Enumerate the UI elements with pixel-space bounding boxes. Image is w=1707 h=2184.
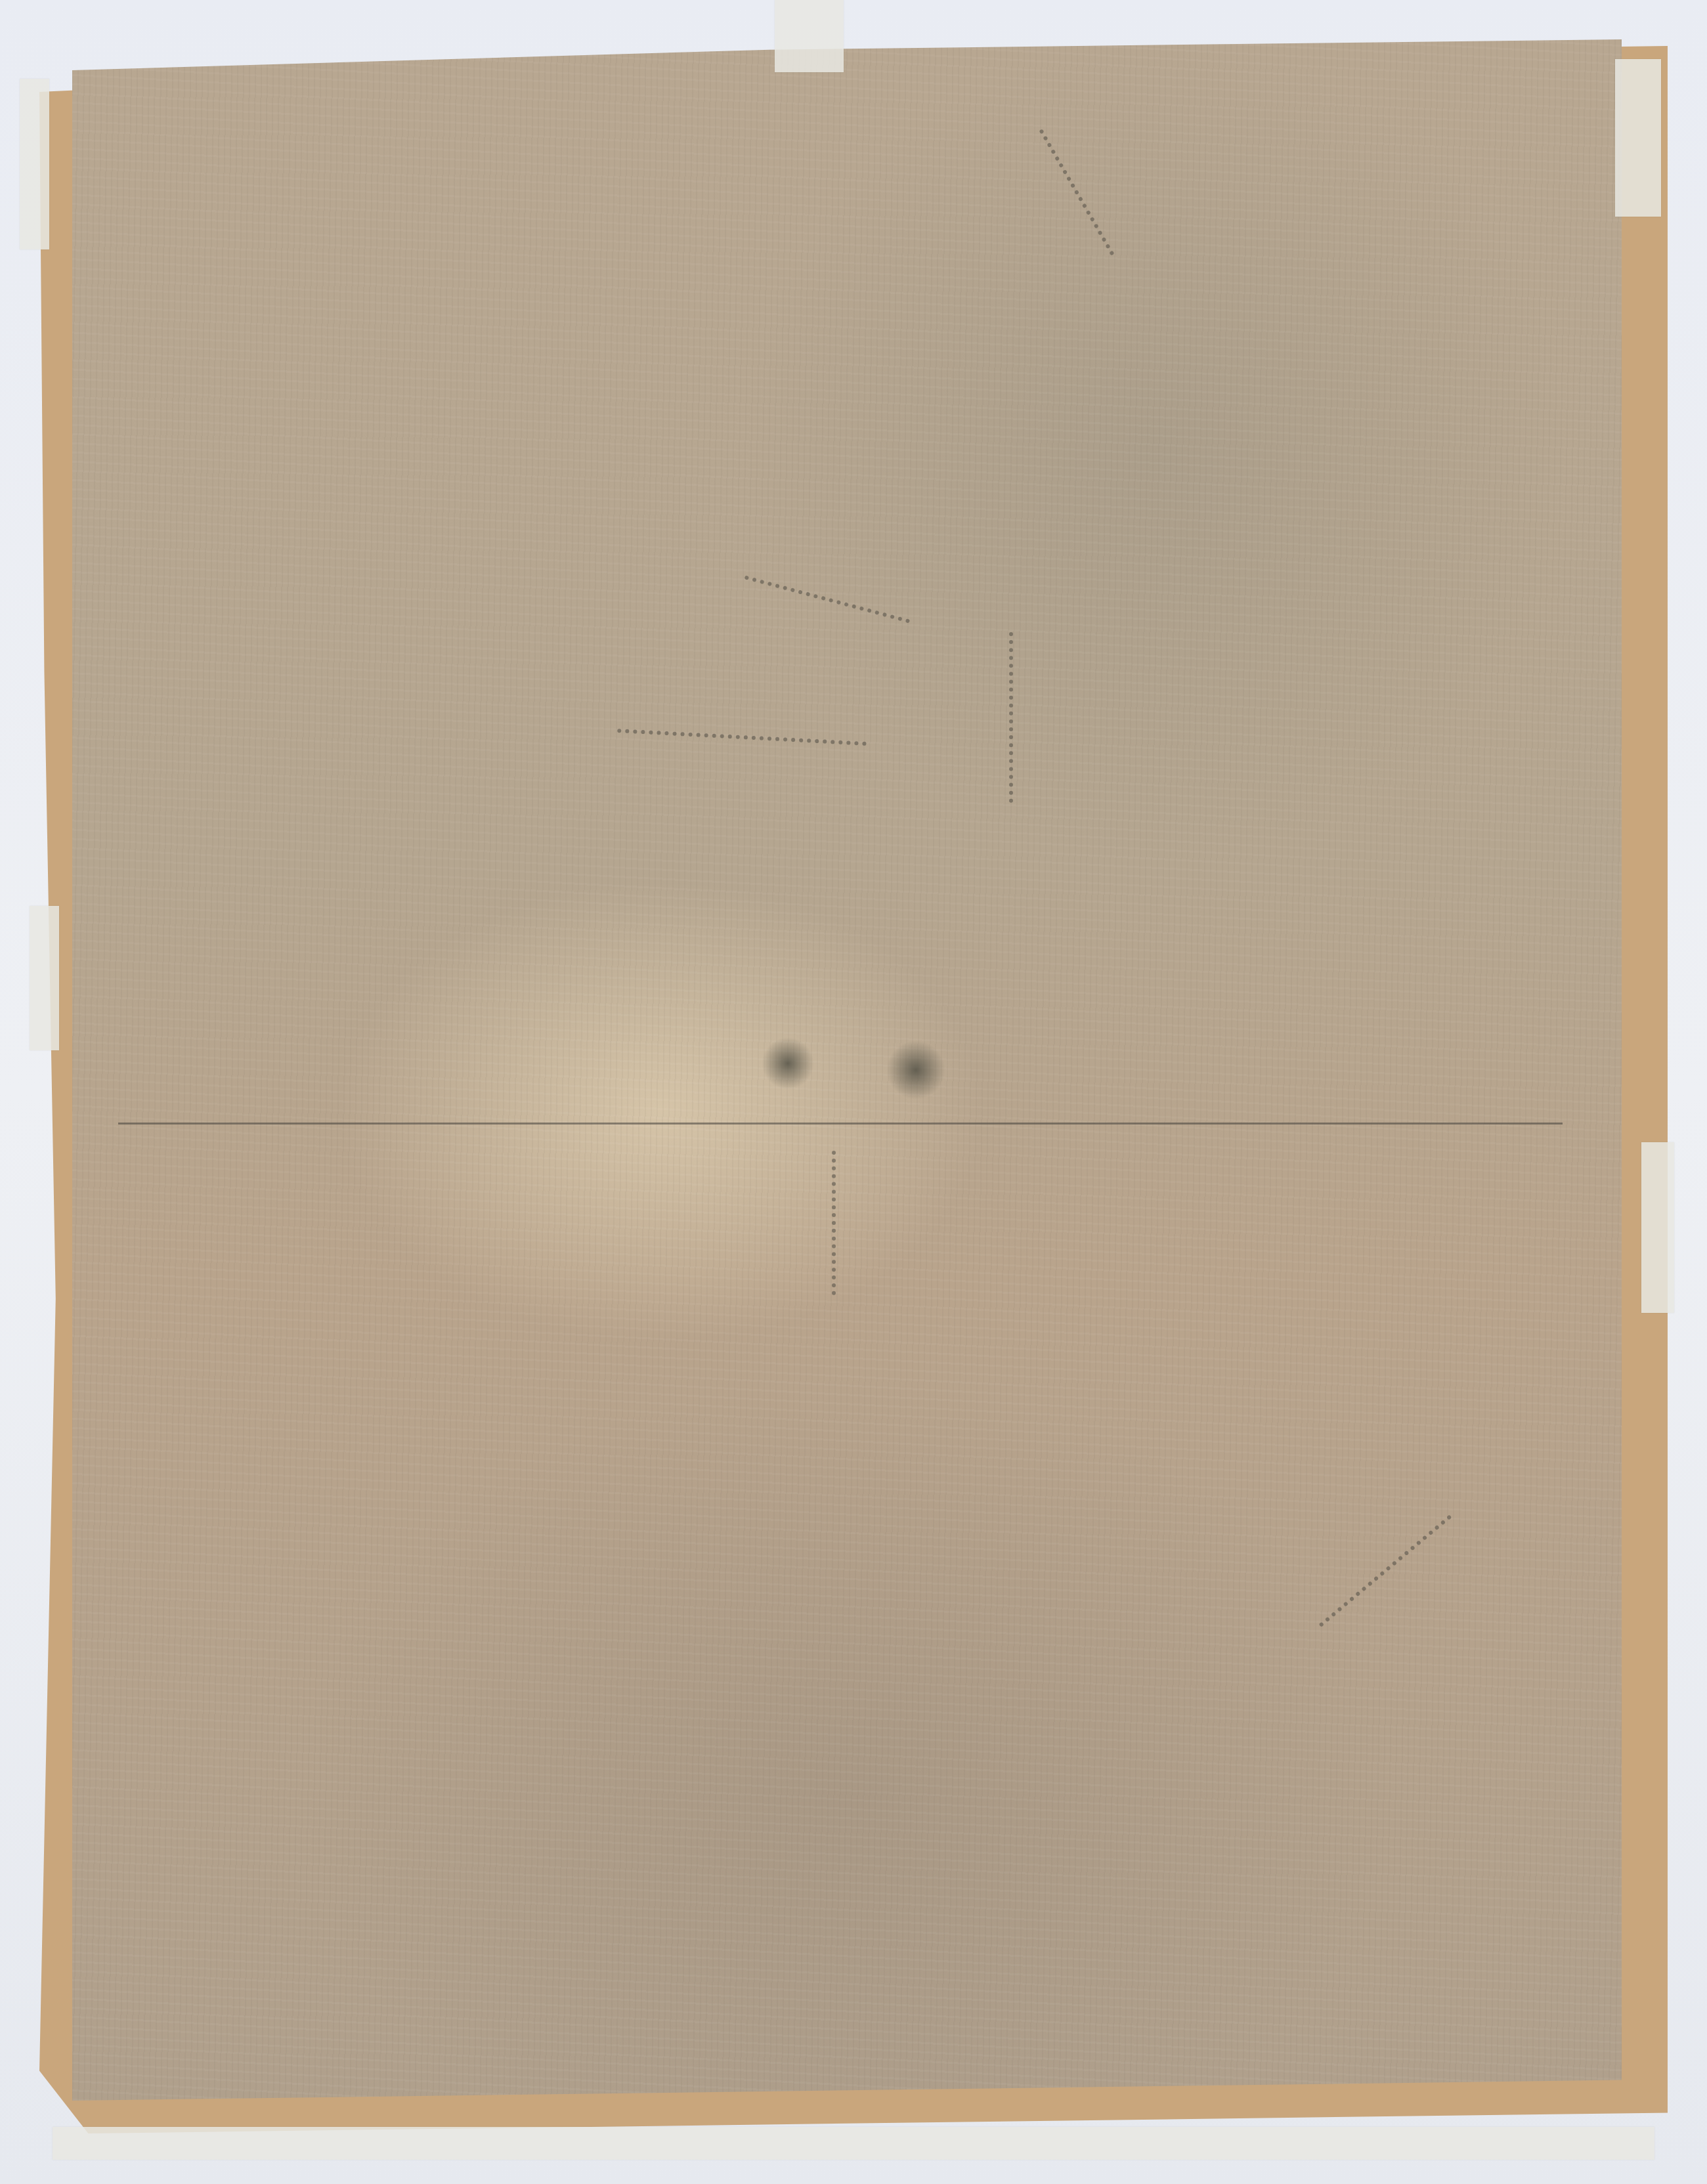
tape-left-upper <box>20 79 49 249</box>
tape-bottom <box>53 2127 1654 2160</box>
paper-texture <box>72 39 1622 2101</box>
tape-right-middle <box>1641 1142 1674 1313</box>
stain-right <box>886 1040 945 1100</box>
paper-sheet <box>72 39 1622 2101</box>
stain-left <box>762 1037 814 1090</box>
dotted-impression <box>1009 632 1013 803</box>
fold-line <box>118 1123 1563 1124</box>
tape-left-middle <box>30 906 59 1050</box>
tape-top-right <box>1615 59 1661 217</box>
tape-top <box>775 0 844 72</box>
dotted-impression <box>832 1151 836 1295</box>
